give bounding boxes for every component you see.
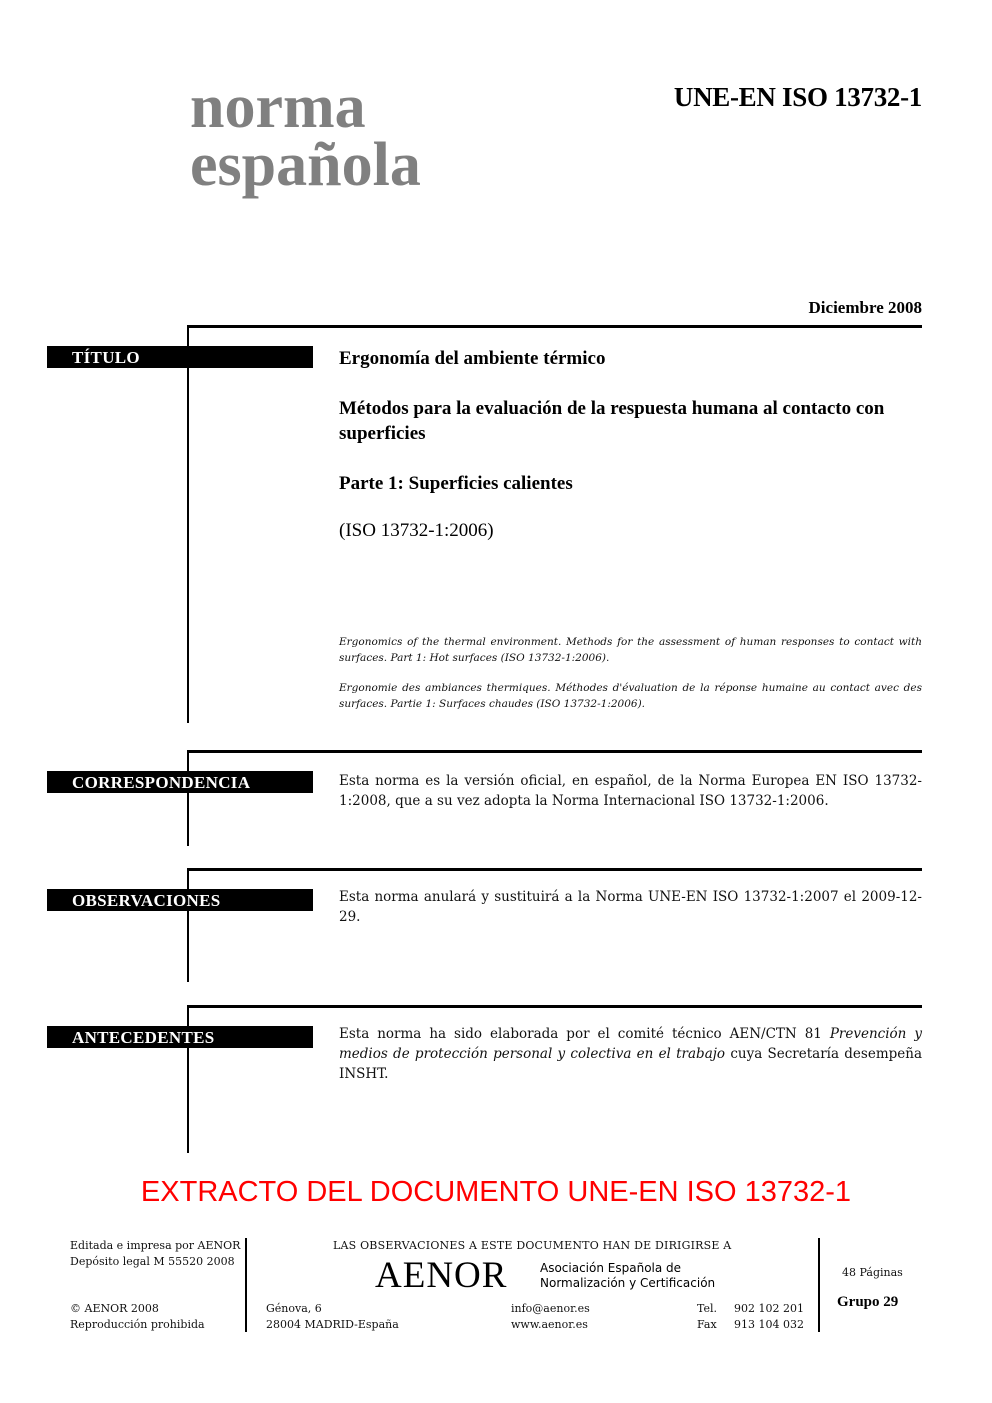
observaciones-text: Esta norma anulará y sustituirá a la Nor… xyxy=(339,887,922,927)
correspondencia-text: Esta norma es la versión oficial, en esp… xyxy=(339,771,922,811)
aenor-org-name: Asociación Española de Normalización y C… xyxy=(540,1261,715,1291)
footer-divider xyxy=(245,1238,247,1332)
legal-deposit: Depósito legal M 55520 2008 xyxy=(70,1254,240,1270)
price-group: Grupo 29 xyxy=(837,1294,898,1311)
extract-watermark: EXTRACTO DEL DOCUMENTO UNE-EN ISO 13732-… xyxy=(0,1176,992,1209)
section-divider xyxy=(187,750,922,753)
section-label-antecedentes: ANTECEDENTES xyxy=(47,1026,313,1048)
antecedentes-text-1: Esta norma ha sido elaborada por el comi… xyxy=(339,1026,830,1042)
footer-phone-numbers: 902 102 201 913 104 032 xyxy=(734,1301,804,1333)
footer-phone-labels: Tel. Fax xyxy=(697,1301,717,1333)
website-link[interactable]: www.aenor.es xyxy=(511,1317,590,1333)
iso-reference: (ISO 13732-1:2006) xyxy=(339,520,922,542)
email-link[interactable]: info@aenor.es xyxy=(511,1301,590,1317)
footer-copyright: © AENOR 2008 Reproducción prohibida xyxy=(70,1301,205,1333)
copyright: © AENOR 2008 xyxy=(70,1301,205,1317)
observations-notice: LAS OBSERVACIONES A ESTE DOCUMENTO HAN D… xyxy=(333,1238,731,1254)
tel-number: 902 102 201 xyxy=(734,1301,804,1317)
footer-contact: info@aenor.es www.aenor.es xyxy=(511,1301,590,1333)
french-title: Ergonomie des ambiances thermiques. Méth… xyxy=(339,680,922,712)
tel-label: Tel. xyxy=(697,1301,717,1317)
section-vertical-rule xyxy=(187,325,189,723)
standard-code: UNE-EN ISO 13732-1 xyxy=(674,82,922,113)
publication-date: Diciembre 2008 xyxy=(809,298,922,318)
fax-number: 913 104 032 xyxy=(734,1317,804,1333)
brand-line-2: española xyxy=(190,136,421,194)
section-divider xyxy=(187,325,922,328)
org-line-2: Normalización y Certificación xyxy=(540,1276,715,1291)
brand-title: norma española xyxy=(190,78,421,194)
section-divider xyxy=(187,868,922,871)
english-title: Ergonomics of the thermal environment. M… xyxy=(339,634,922,666)
brand-line-1: norma xyxy=(190,78,421,136)
title-methods: Métodos para la evaluación de la respues… xyxy=(339,396,922,446)
section-divider xyxy=(187,1005,922,1008)
section-vertical-rule xyxy=(187,868,189,982)
aenor-logo: AENOR xyxy=(375,1254,507,1297)
footer-address: Génova, 6 28004 MADRID-España xyxy=(266,1301,399,1333)
fax-label: Fax xyxy=(697,1317,717,1333)
page-count: 48 Páginas xyxy=(842,1265,903,1281)
footer-divider xyxy=(818,1238,820,1332)
address-city: 28004 MADRID-España xyxy=(266,1317,399,1333)
section-label-titulo: TÍTULO xyxy=(47,346,313,368)
title-main: Ergonomía del ambiente térmico xyxy=(339,346,922,371)
edited-by: Editada e impresa por AENOR xyxy=(70,1238,240,1254)
section-label-correspondencia: CORRESPONDENCIA xyxy=(47,771,313,793)
org-line-1: Asociación Española de xyxy=(540,1261,715,1276)
section-vertical-rule xyxy=(187,750,189,846)
reproduction-notice: Reproducción prohibida xyxy=(70,1317,205,1333)
title-part: Parte 1: Superficies calientes xyxy=(339,471,922,496)
antecedentes-text: Esta norma ha sido elaborada por el comi… xyxy=(339,1024,922,1084)
titulo-content: Ergonomía del ambiente térmico Métodos p… xyxy=(339,346,922,542)
section-label-observaciones: OBSERVACIONES xyxy=(47,889,313,911)
address-street: Génova, 6 xyxy=(266,1301,399,1317)
footer-publisher: Editada e impresa por AENOR Depósito leg… xyxy=(70,1238,240,1270)
